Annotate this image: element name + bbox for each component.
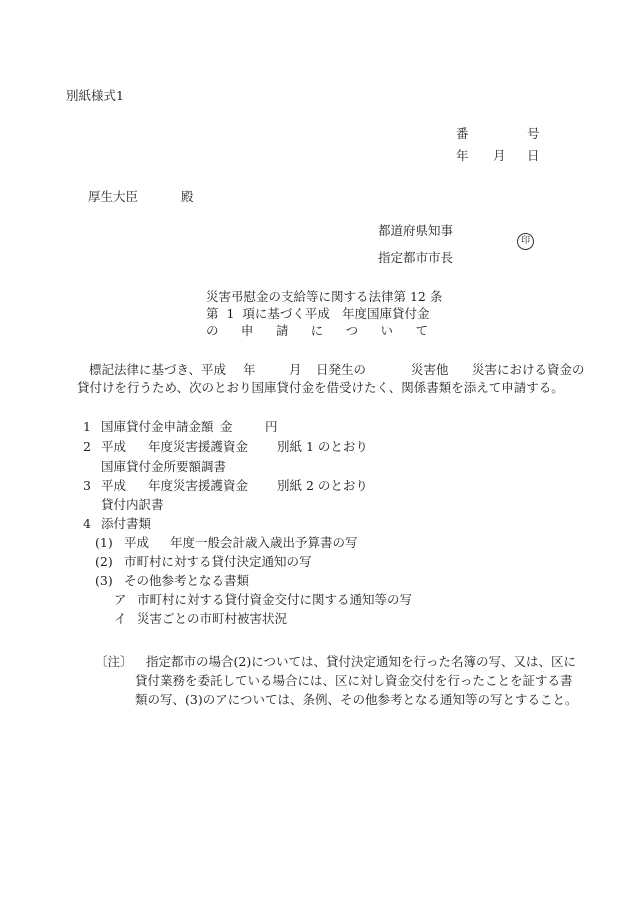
title-char: 申 xyxy=(241,325,254,338)
attachment-2-number: (2) xyxy=(95,556,113,569)
attachment-1-text: 年度一般会計歳入歳出予算書の写 xyxy=(170,537,358,550)
date-day-label: 日 xyxy=(527,150,540,163)
item-2-number: 2 xyxy=(83,441,91,454)
note-line-1: 指定都市の場合(2)については、貸付決定通知を行った名簿の写、又は、区に xyxy=(146,656,576,669)
item-3-sub: 貸付内訳書 xyxy=(101,499,164,512)
title-line-2a: 第 1 項に基づく平成 xyxy=(206,308,330,321)
body-line-1e: 災害他 xyxy=(411,364,449,377)
addressee-honorific: 殿 xyxy=(181,191,194,204)
note-label: 〔注〕 xyxy=(95,656,133,669)
sub-attachment-a-text: 市町村に対する貸付資金交付に関する通知等の写 xyxy=(137,594,412,607)
body-line-1a: 標記法律に基づき、平成 xyxy=(89,364,226,377)
addressee-name: 厚生大臣 xyxy=(88,191,138,204)
attachment-3-number: (3) xyxy=(95,575,113,588)
title-line-3: の 申 請 に つ い て xyxy=(206,325,428,338)
item-1-text: 国庫貸付金申請金額 xyxy=(101,421,214,434)
item-3-ref: 別紙 2 のとおり xyxy=(277,480,368,493)
title-char: に xyxy=(311,325,324,338)
date-month-label: 月 xyxy=(493,150,506,163)
sub-attachment-i-text: 災害ごとの市町村被害状況 xyxy=(137,613,287,626)
sub-attachment-a-number: ア xyxy=(114,594,127,607)
title-char: て xyxy=(415,325,428,338)
item-2-ref: 別紙 1 のとおり xyxy=(277,441,368,454)
item-1-number: 1 xyxy=(83,421,91,434)
title-char: 請 xyxy=(276,325,289,338)
sender-mayor: 指定都市市長 xyxy=(378,252,453,265)
attachment-1-number: (1) xyxy=(95,537,113,550)
date-year-label: 年 xyxy=(456,150,469,163)
note-line-2: 貸付業務を委託している場合には、区に対し資金交付を行ったことを証する書 xyxy=(135,675,573,688)
attachment-2-text: 市町村に対する貸付決定通知の写 xyxy=(124,556,312,569)
body-line-1f: 災害における資金の xyxy=(472,364,585,377)
body-line-1c: 月 xyxy=(289,364,302,377)
body-line-1b: 年 xyxy=(243,364,256,377)
item-3-text: 年度災害援護資金 xyxy=(148,480,248,493)
sub-attachment-i-number: イ xyxy=(114,613,127,626)
attachment-1-heisei: 平成 xyxy=(124,537,149,550)
title-char: つ xyxy=(346,325,359,338)
item-2-sub: 国庫貸付金所要額調書 xyxy=(101,461,226,474)
attachment-3-text: その他参考となる書類 xyxy=(124,575,249,588)
item-3-number: 3 xyxy=(83,480,91,493)
item-1-kin: 金 xyxy=(220,421,233,434)
body-line-1d: 日発生の xyxy=(316,364,366,377)
item-3-heisei: 平成 xyxy=(101,480,126,493)
body-line-2: 貸付けを行うため、次のとおり国庫貸付金を借受けたく、関係書類を添えて申請する。 xyxy=(77,382,564,395)
item-4-text: 添付書類 xyxy=(101,518,151,531)
item-2-heisei: 平成 xyxy=(101,441,126,454)
sender-governor: 都道府県知事 xyxy=(378,225,453,238)
item-4-number: 4 xyxy=(83,518,91,531)
title-line-2b: 年度国庫貸付金 xyxy=(342,308,430,321)
title-char: の xyxy=(206,325,219,338)
title-line-1: 災害弔慰金の支給等に関する法律第 12 条 xyxy=(206,291,442,304)
item-1-yen: 円 xyxy=(265,421,278,434)
item-2-text: 年度災害援護資金 xyxy=(148,441,248,454)
number-label-ban: 番 xyxy=(456,128,469,141)
seal-icon: 印 xyxy=(517,233,534,250)
note-line-3: 類の写、(3)のアについては、条例、その他参考となる通知等の写とすること。 xyxy=(135,694,577,707)
title-char: い xyxy=(381,325,394,338)
number-label-go: 号 xyxy=(527,128,540,141)
form-label: 別紙様式1 xyxy=(66,90,124,103)
